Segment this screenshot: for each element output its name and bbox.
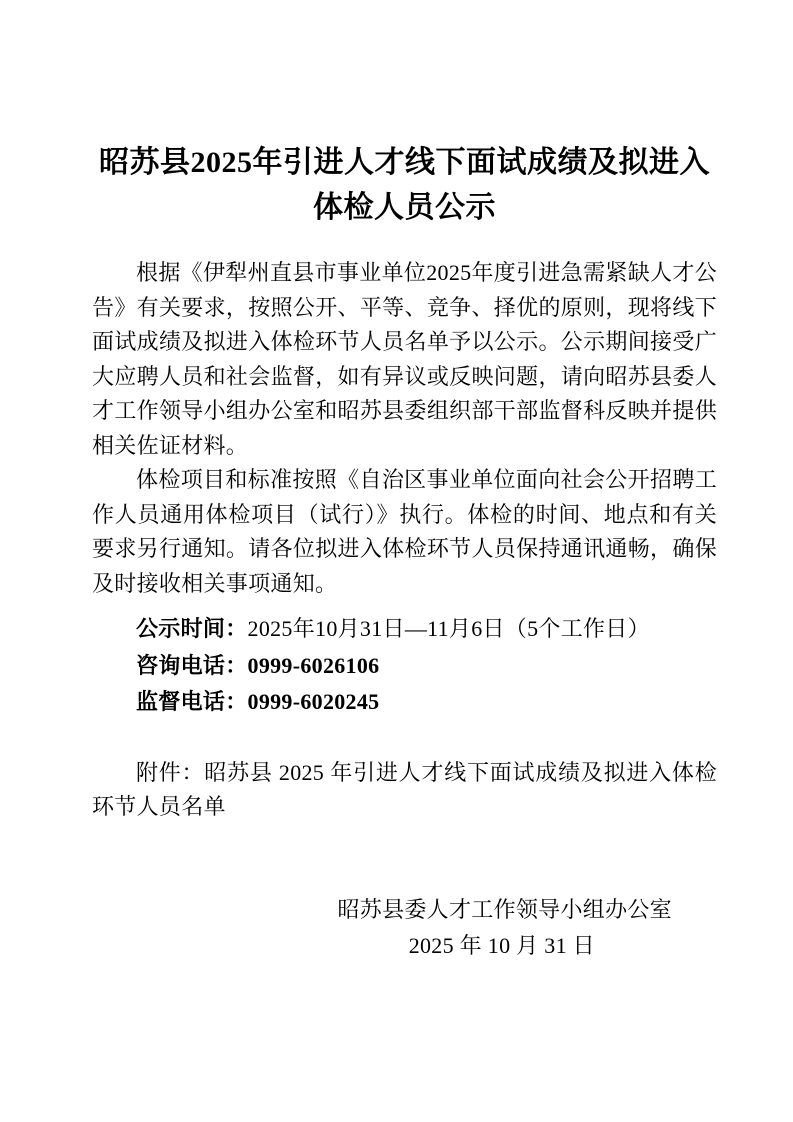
attachment-line: 附件：昭苏县 2025 年引进人才线下面试成绩及拟进入体检环节人员名单 — [92, 756, 717, 825]
inquiry-phone-line: 咨询电话：0999-6026106 — [92, 648, 717, 685]
signature-date: 2025 年 10 月 31 日 — [92, 928, 717, 964]
signature-organization: 昭苏县委人才工作领导小组办公室 — [92, 892, 717, 928]
notice-page: 昭苏县2025年引进人才线下面试成绩及拟进入 体检人员公示 根据《伊犁州直县市事… — [0, 0, 793, 1122]
page-title: 昭苏县2025年引进人才线下面试成绩及拟进入 体检人员公示 — [92, 140, 717, 230]
page-title-line-2: 体检人员公示 — [92, 185, 717, 230]
inquiry-phone-value: 0999-6026106 — [248, 653, 380, 678]
publicity-period-line: 公示时间：2025年10月31日—11月6日（5个工作日） — [92, 611, 717, 648]
supervision-phone-line: 监督电话：0999-6020245 — [92, 684, 717, 721]
supervision-phone-value: 0999-6020245 — [248, 689, 380, 714]
body-paragraph-2: 体检项目和标准按照《自治区事业单位面向社会公开招聘工作人员通用体检项目（试行）》… — [92, 463, 717, 601]
signature-block: 昭苏县委人才工作领导小组办公室 2025 年 10 月 31 日 — [92, 892, 717, 964]
body-paragraph-1: 根据《伊犁州直县市事业单位2025年度引进急需紧缺人才公告》有关要求，按照公开、… — [92, 256, 717, 463]
info-block: 公示时间：2025年10月31日—11月6日（5个工作日） 咨询电话：0999-… — [92, 611, 717, 721]
page-title-line-1: 昭苏县2025年引进人才线下面试成绩及拟进入 — [92, 140, 717, 185]
notice-content: 昭苏县2025年引进人才线下面试成绩及拟进入 体检人员公示 根据《伊犁州直县市事… — [0, 140, 793, 964]
inquiry-phone-label: 咨询电话： — [136, 653, 248, 678]
supervision-phone-label: 监督电话： — [136, 689, 248, 714]
publicity-period-value: 2025年10月31日—11月6日（5个工作日） — [248, 616, 650, 641]
publicity-period-label: 公示时间： — [136, 616, 248, 641]
